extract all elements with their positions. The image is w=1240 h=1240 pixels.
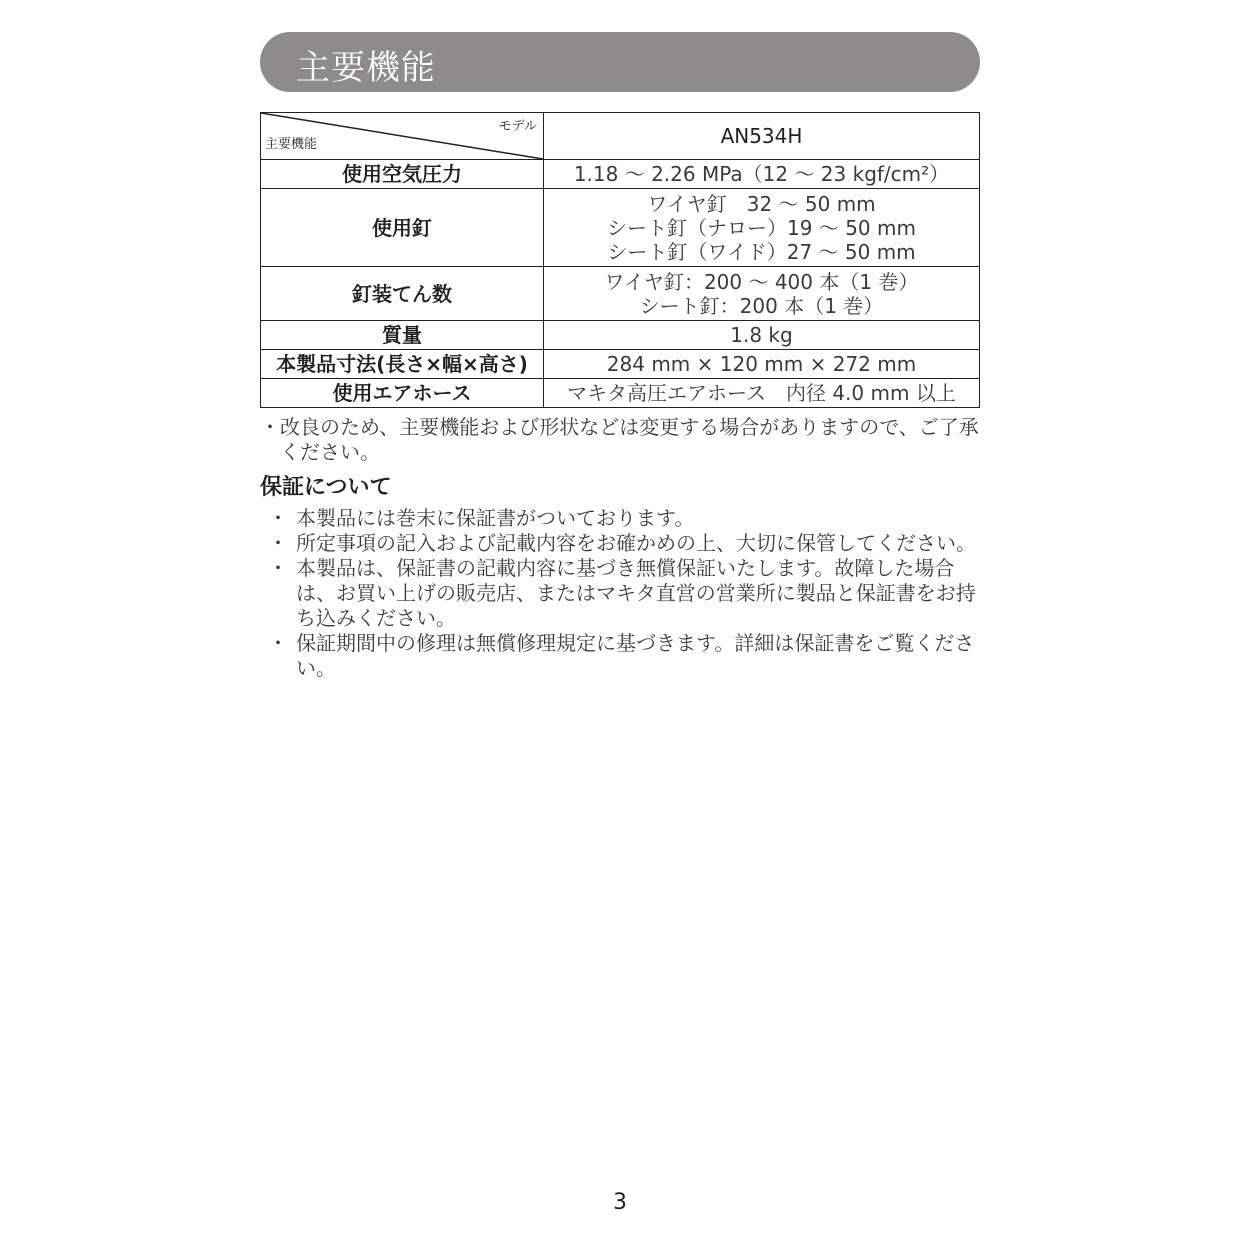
bullet-icon: ・: [268, 631, 288, 656]
section-title: 主要機能: [296, 40, 436, 89]
value-line: ワイヤ釘 32 ～ 50 mm: [544, 192, 979, 216]
row-value: マキタ高圧エアホース 内径 4.0 mm 以上: [544, 379, 980, 408]
list-item: ・ 本製品は、保証書の記載内容に基づき無償保証いたします。故障した場合は、お買い…: [268, 556, 980, 631]
list-item-text: 本製品には巻末に保証書がついております。: [296, 506, 694, 530]
model-name: AN534H: [544, 113, 980, 160]
row-label: 釘装てん数: [261, 267, 544, 321]
note-text: 改良のため、主要機能および形状などは変更する場合がありますので、ご了承ください。: [260, 415, 980, 465]
row-label: 使用空気圧力: [261, 160, 544, 189]
bullet-icon: ・: [268, 506, 288, 531]
model-column-label: モデル: [499, 115, 537, 139]
warranty-heading: 保証について: [260, 470, 392, 501]
row-value: 1.18 ～ 2.26 MPa（12 ～ 23 kgf/cm²）: [544, 160, 980, 189]
spec-table: モデル 主要機能 AN534H 使用空気圧力 1.18 ～ 2.26 MPa（1…: [260, 112, 980, 408]
value-line: シート釘（ナロー）19 ～ 50 mm: [544, 216, 979, 240]
table-row: 使用エアホース マキタ高圧エアホース 内径 4.0 mm 以上: [261, 379, 980, 408]
value-line: シート釘（ワイド）27 ～ 50 mm: [544, 240, 979, 264]
bullet-icon: ・: [260, 415, 280, 440]
feature-row-label: 主要機能: [265, 133, 317, 157]
list-item: ・ 本製品には巻末に保証書がついております。: [268, 506, 980, 531]
list-item-text: 保証期間中の修理は無償修理規定に基づきます。詳細は保証書をご覧ください。: [296, 631, 974, 680]
row-label: 使用釘: [261, 189, 544, 267]
row-label: 質量: [261, 321, 544, 350]
row-label: 本製品寸法(長さ×幅×高さ): [261, 350, 544, 379]
bullet-icon: ・: [268, 531, 288, 556]
table-row: 本製品寸法(長さ×幅×高さ) 284 mm × 120 mm × 272 mm: [261, 350, 980, 379]
table-row: 釘装てん数 ワイヤ釘：200 ～ 400 本（1 巻） シート釘：200 本（1…: [261, 267, 980, 321]
row-value: 284 mm × 120 mm × 272 mm: [544, 350, 980, 379]
bullet-icon: ・: [268, 556, 288, 581]
table-row: 使用釘 ワイヤ釘 32 ～ 50 mm シート釘（ナロー）19 ～ 50 mm …: [261, 189, 980, 267]
table-row: 質量 1.8 kg: [261, 321, 980, 350]
table-header-row: モデル 主要機能 AN534H: [261, 113, 980, 160]
value-line: ワイヤ釘：200 ～ 400 本（1 巻）: [544, 270, 979, 294]
row-value: ワイヤ釘 32 ～ 50 mm シート釘（ナロー）19 ～ 50 mm シート釘…: [544, 189, 980, 267]
row-label: 使用エアホース: [261, 379, 544, 408]
list-item-text: 所定事項の記入および記載内容をお確かめの上、大切に保管してください。: [296, 531, 976, 555]
page-number: 3: [0, 1190, 1240, 1215]
row-value: ワイヤ釘：200 ～ 400 本（1 巻） シート釘：200 本（1 巻）: [544, 267, 980, 321]
list-item: ・ 保証期間中の修理は無償修理規定に基づきます。詳細は保証書をご覧ください。: [268, 631, 980, 681]
row-value: 1.8 kg: [544, 321, 980, 350]
list-item-text: 本製品は、保証書の記載内容に基づき無償保証いたします。故障した場合は、お買い上げ…: [296, 556, 976, 630]
section-header-banner: 主要機能: [260, 32, 980, 92]
corner-cell: モデル 主要機能: [261, 113, 544, 160]
value-line: シート釘：200 本（1 巻）: [544, 294, 979, 318]
table-row: 使用空気圧力 1.18 ～ 2.26 MPa（12 ～ 23 kgf/cm²）: [261, 160, 980, 189]
warranty-list: ・ 本製品には巻末に保証書がついております。 ・ 所定事項の記入および記載内容を…: [268, 506, 980, 681]
list-item: ・ 所定事項の記入および記載内容をお確かめの上、大切に保管してください。: [268, 531, 980, 556]
spec-change-note: ・ 改良のため、主要機能および形状などは変更する場合がありますので、ご了承くださ…: [260, 415, 980, 465]
